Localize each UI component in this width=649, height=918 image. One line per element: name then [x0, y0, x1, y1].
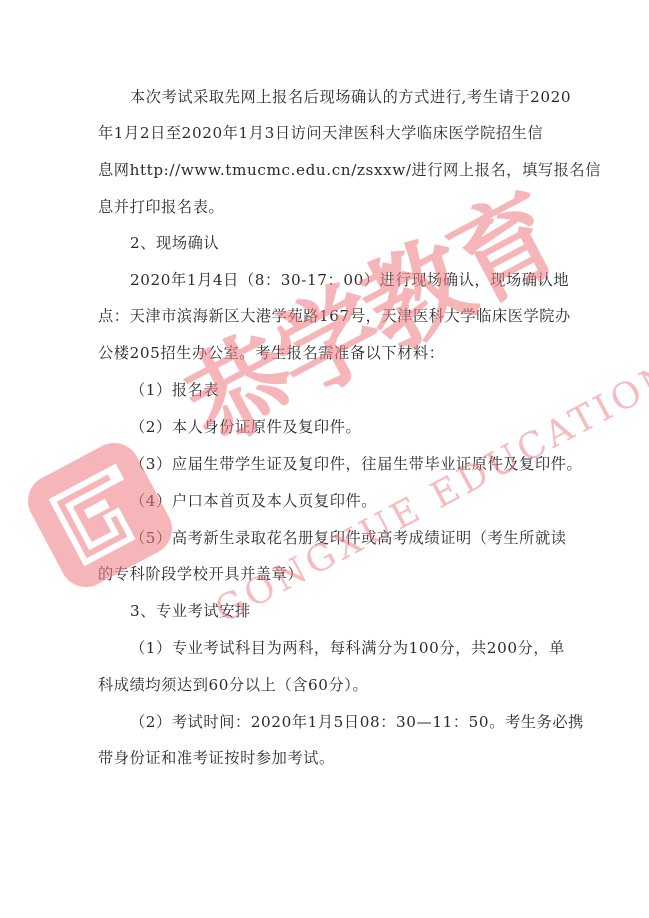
document-page: 本次考试采取先网上报名后现场确认的方式进行,考生请于2020 年1月2日至202… [0, 0, 649, 918]
section-heading-onsite-confirmation: 2、现场确认 [130, 233, 219, 253]
list-item: （4）户口本首页及本人页复印件。 [130, 491, 377, 511]
text-line: 本次考试采取先网上报名后现场确认的方式进行,考生请于2020 [130, 87, 570, 107]
text-line: 科成绩均须达到60分以上（含60分）。 [98, 675, 368, 695]
text-line: 息并打印报名表。 [98, 197, 224, 217]
list-item: （2）考试时间：2020年1月5日08：30—11：50。考生务必携 [130, 712, 584, 732]
text-line: 带身份证和准考证按时参加考试。 [98, 748, 335, 768]
text-line: 息网http://www.tmucmc.edu.cn/zsxxw/进行网上报名，… [98, 160, 601, 180]
text-line: 年1月2日至2020年1月3日访问天津医科大学临床医学院招生信 [98, 123, 543, 143]
list-item: （1）专业考试科目为两科，每科满分为100分，共200分，单 [130, 638, 565, 658]
